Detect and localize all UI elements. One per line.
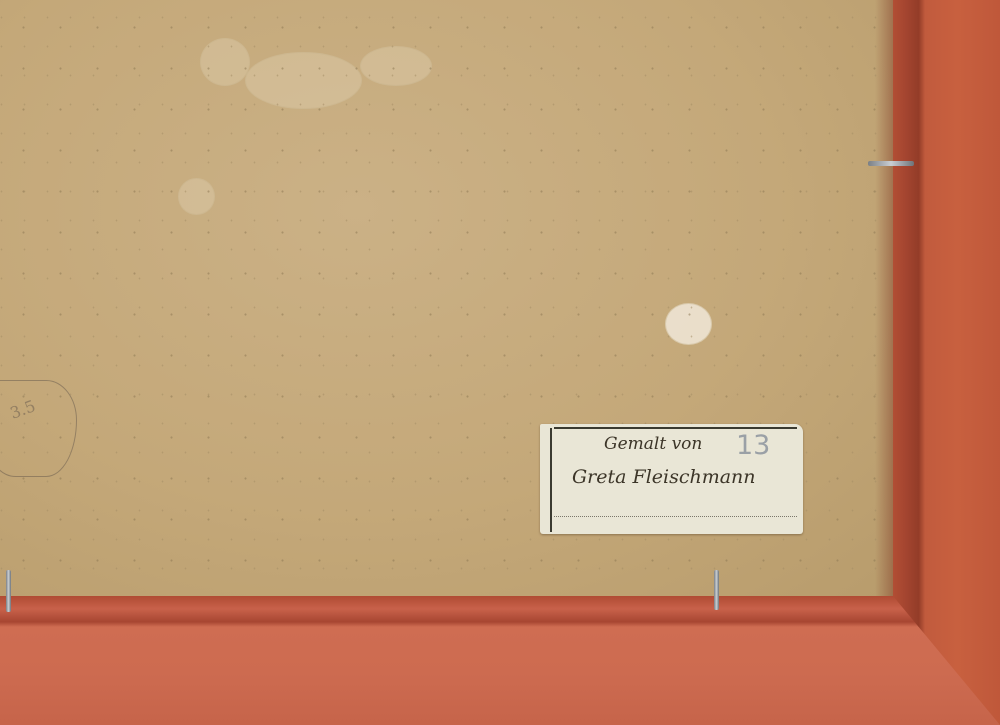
label-dotted-line	[554, 516, 797, 517]
handwritten-label: Gemalt von 13 Greta Fleischmann	[540, 424, 803, 534]
glue-spot	[665, 303, 712, 345]
label-line-1: Gemalt von	[604, 434, 702, 454]
label-line-2: Greta Fleischmann	[572, 466, 756, 488]
water-stain	[200, 38, 250, 86]
water-stain	[360, 46, 432, 86]
water-stain	[245, 52, 362, 109]
frame-bottom-rail	[0, 596, 1000, 725]
label-top-line	[554, 427, 797, 429]
water-stain	[178, 178, 215, 215]
label-border-line	[550, 428, 552, 532]
label-number: 13	[736, 430, 770, 461]
faded-stamp	[0, 380, 77, 477]
nail-bottom-left	[6, 570, 11, 612]
stamp-text: 3.5	[8, 396, 38, 423]
nail-bottom-center	[714, 570, 719, 610]
nail-right	[868, 161, 914, 166]
